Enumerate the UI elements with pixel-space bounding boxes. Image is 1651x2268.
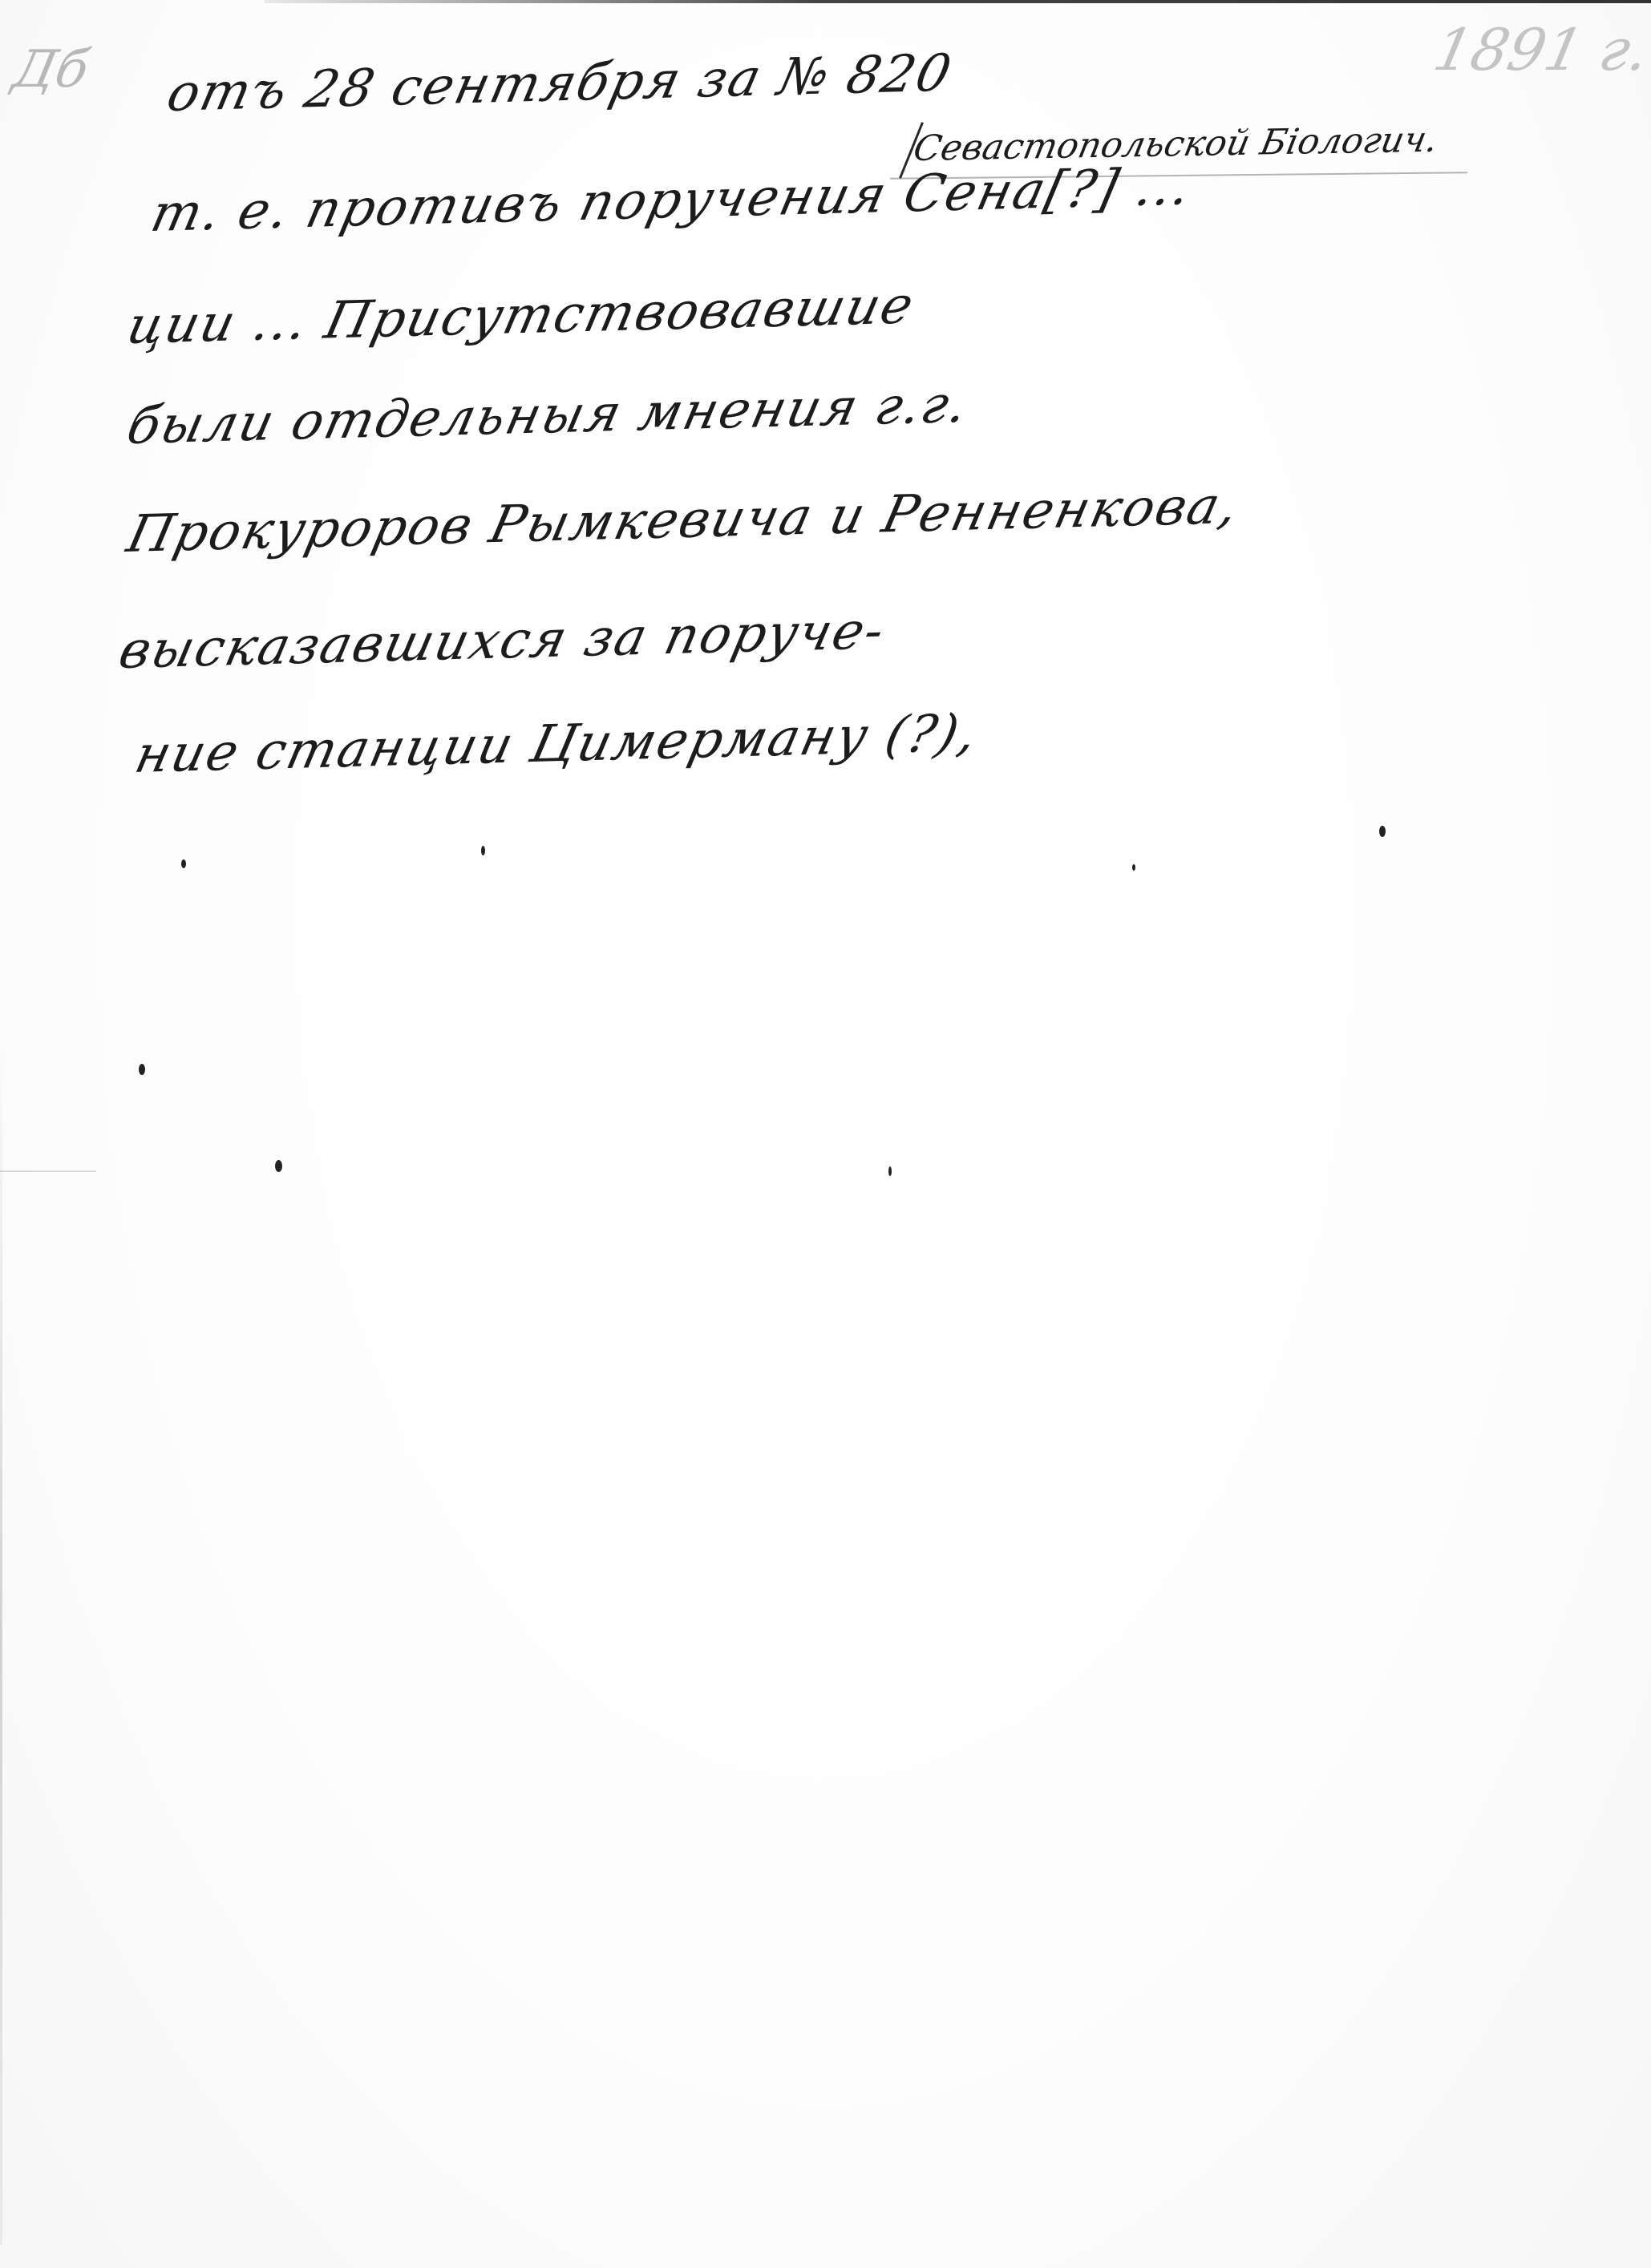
manuscript-line-1: отъ 28 сентября за № 820 [162,44,958,123]
ink-speck [1379,826,1386,837]
manuscript-line-5: Прокуроров Рымкевича и Ренненкова, [122,476,1245,564]
manuscript-line-7: ние станции Цимерману (?), [130,704,984,785]
ink-speck [481,846,485,855]
manuscript-page: Дб 1891 г. Севастопольской Біологич. отъ… [0,0,1651,2268]
fold-mark [0,1170,96,1172]
margin-note-top-left: Дб [8,40,94,99]
page-top-edge [265,0,1651,3]
ink-speck [275,1160,282,1172]
ink-speck [888,1166,892,1176]
manuscript-line-2: т. е. противъ поручения Сена[?] ... [146,157,1198,244]
manuscript-line-3: ции ... Присутствовавшие [122,277,921,356]
page-left-edge [0,1042,2,2245]
margin-note-year: 1891 г. [1428,16,1651,83]
manuscript-line-4: были отдельныя мнения г.г. [122,375,974,456]
ink-speck [139,1064,145,1075]
manuscript-line-6: высказавшихся за поруче- [114,601,891,681]
ink-speck [1132,864,1135,871]
ink-speck [181,859,186,868]
